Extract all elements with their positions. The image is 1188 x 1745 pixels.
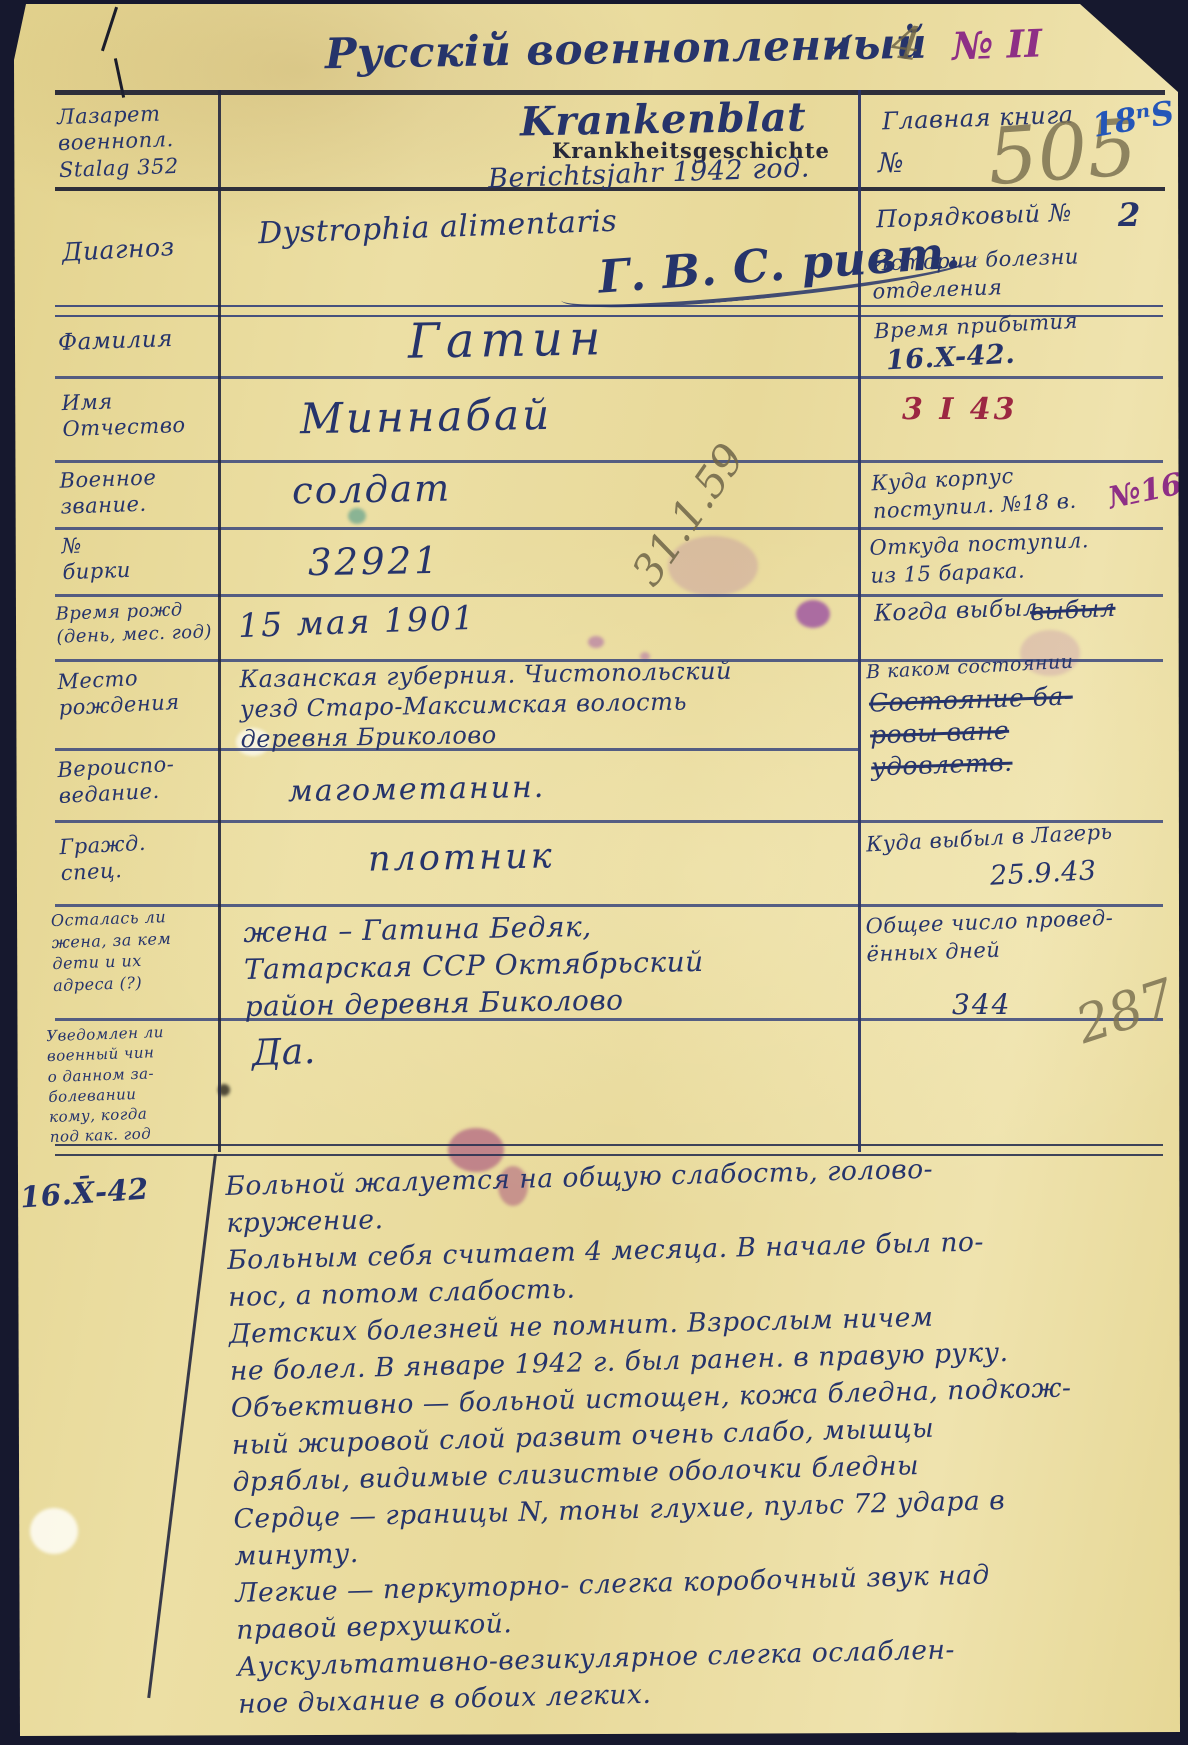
field-leftto-label: Куда выбыл в Лагерь: [866, 820, 1114, 857]
field-unit-label: Лазарет военнопл. Stalag 352: [57, 100, 179, 183]
field-tag-value: 32921: [308, 539, 441, 584]
field-condition-crossed: Состояние ба- ровы ване удовлетв.: [868, 680, 1075, 783]
table-line: [55, 90, 1165, 95]
pen-scratch: [101, 7, 118, 52]
field-name-label: Имя Отчество: [61, 386, 186, 443]
table-divider-left: [218, 90, 221, 1152]
field-rank-value: солдат: [292, 467, 452, 513]
field-name-value: Миннабай: [300, 390, 553, 443]
table-line: [55, 376, 1163, 379]
field-ordinal-sub: Истории болезни отделения: [871, 242, 1080, 306]
field-rank-label: Военное звание.: [59, 464, 158, 520]
title-checkmark: ✓: [818, 22, 854, 71]
field-birth-label: Время рожд (день, мес. год): [55, 597, 212, 649]
field-religion-value: магометанин.: [288, 770, 546, 809]
field-days-pencil: 287: [1069, 968, 1182, 1056]
field-towhere-label: Куда корпус поступил. №18 в.: [871, 459, 1078, 526]
paper-hole: [30, 1508, 78, 1554]
field-diagnosis-label: Диагноз: [61, 232, 175, 267]
field-notify-label: Уведомлен ли военный чин о данном за- бо…: [46, 1022, 168, 1148]
field-profession-value: плотник: [368, 836, 555, 879]
ink-stain: [588, 636, 604, 648]
blue-stamp: 18ⁿS: [1089, 93, 1177, 145]
field-profession-label: Гражд. спец.: [59, 830, 148, 887]
field-surname-value: Гатин: [408, 310, 607, 369]
field-days-label: Общее число провед- ённых дней: [865, 904, 1115, 969]
title-number: № ІІ: [951, 20, 1043, 68]
field-relatives-label: Осталась ли жена, за кем дети и их адрес…: [51, 906, 173, 996]
ink-stain: [796, 600, 830, 628]
field-days-value: 344: [952, 988, 1011, 1021]
field-tag-label: № бирки: [61, 531, 131, 586]
field-ordinal-value: 2: [1118, 196, 1141, 234]
field-fromwhere-label: Откуда поступил. из 15 барака.: [869, 526, 1090, 590]
field-birthplace-label: Место рождения: [57, 663, 181, 722]
document-scan: Русскій военнопленный ✓ 4 № ІІ Лазарет в…: [0, 0, 1188, 1745]
field-relatives-value: жена – Гатина Бедяк, Татарская ССР Октяб…: [243, 906, 705, 1025]
field-leftto-value: 25.9.43: [989, 855, 1097, 892]
field-admission-value: 16.X-42.: [885, 339, 1016, 377]
field-religion-label: Вероиспо- ведание.: [57, 751, 177, 810]
table-line: [55, 820, 1163, 823]
field-notify-value: Да.: [251, 1031, 316, 1074]
table-line: [55, 904, 1163, 907]
paper-sheet: Русскій военнопленный ✓ 4 № ІІ Лазарет в…: [0, 0, 1188, 1745]
field-birthplace-value: Казанская губерния. Чистопольский уезд С…: [239, 656, 733, 755]
notes-margin-date: 16.X̄-42: [19, 1172, 150, 1215]
field-towhere-purple: №16: [1105, 467, 1185, 517]
ledger-no-sign: №: [878, 148, 904, 179]
clinical-notes: Больной жалуется на общую слабость, голо…: [225, 1145, 1186, 1723]
field-ordinal-label: Порядковый №: [876, 199, 1073, 234]
field-diagnosis-value: Dystrophia alimentaris: [257, 204, 617, 252]
field-birth-value: 15 мая 1901: [237, 598, 476, 645]
field-condition-label: В каком состоянии: [866, 651, 1074, 684]
field-whenleft-crossed: выбыл: [1029, 594, 1116, 626]
field-surname-label: Фамилия: [58, 326, 174, 356]
field-date-red: 3 І 43: [902, 392, 1018, 427]
field-whenleft-label: Когда выбыл: [874, 595, 1039, 627]
notes-margin-line: [147, 1154, 216, 1698]
